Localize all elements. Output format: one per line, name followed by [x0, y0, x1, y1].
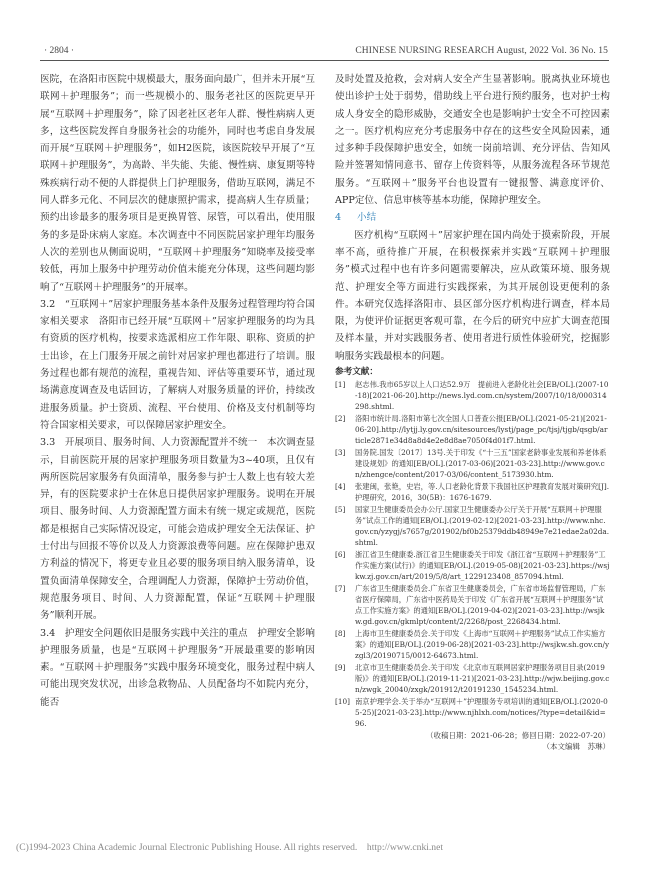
reference-text: 洛阳市统计局.洛阳市第七次全国人口普查公报[EB/OL].(2021-05-21… [355, 414, 607, 445]
reference-item: [8]上海市卫生健康委员会.关于印发《上海市“互联网＋护理服务”试点工作实施方案… [335, 628, 610, 661]
reference-number: [2] [335, 413, 345, 424]
right-column: 及时处置及抢救，会对病人安全产生显著影响。脱离执业环境也使出诊护士处于弱势，借助… [335, 71, 610, 752]
section-3-4: 3.4 护理安全问题依旧是服务实践中关注的重点 护理安全影响护理服务质量，也是“… [40, 625, 315, 711]
section-4-heading: 4小结 [335, 209, 610, 226]
reference-number: [6] [335, 549, 345, 560]
section-3-3: 3.3 开展项目、服务时间、人力资源配置并不统一 本次调查显示，目前医院开展的居… [40, 434, 315, 624]
section-4-body: 医疗机构“互联网＋”居家护理在国内尚处于摸索阶段，开展率不高，亟待推广开展，在积… [335, 227, 610, 365]
reference-number: [8] [335, 628, 345, 639]
reference-item: [6]浙江省卫生健康委.浙江省卫生健康委关于印发《浙江省“互联网＋护理服务”工作… [335, 549, 610, 582]
reference-item: [3]国务院.国发〔2017〕13号.关于印发《“十三五”国家老龄事业发展和养老… [335, 447, 610, 480]
section-3-4-title: 3.4 护理安全问题依旧是服务实践中关注的重点 [40, 628, 248, 639]
reference-text: 上海市卫生健康委员会.关于印发《上海市“互联网＋护理服务”试点工作实施方案》的通… [355, 629, 609, 660]
references-heading: 参考文献： [335, 365, 610, 379]
reference-list: [1]赵志伟.我市65岁以上人口达52.9万 提前进入老龄化社会[EB/OL].… [335, 379, 610, 729]
section-4-title: 小结 [357, 212, 376, 223]
reference-text: 广东省卫生健康委员会.广东省卫生健康委员会，广东省市场监督管理局，广东省医疗保障… [355, 584, 605, 626]
reference-number: [5] [335, 504, 345, 515]
reference-item: [9]北京市卫生健康委员会.关于印发《北京市互联网居家护理服务项目目录(2019… [335, 662, 610, 695]
reference-number: [9] [335, 662, 345, 673]
paragraph-continuation: 医院，在洛阳市医院中规模最大，服务面向最广，但并未开展“互联网＋护理服务”；而一… [40, 71, 315, 296]
reference-item: [4]张建闽，张艳，史岩，等.人口老龄化背景下我国社区护理教育发展对策研究[J]… [335, 481, 610, 503]
running-header: · 2804 · CHINESE NURSING RESEARCH August… [38, 40, 610, 60]
reference-text: 张建闽，张艳，史岩，等.人口老龄化背景下我国社区护理教育发展对策研究[J].护理… [355, 482, 609, 502]
reference-item: [2]洛阳市统计局.洛阳市第七次全国人口普查公报[EB/OL].(2021-05… [335, 413, 610, 446]
reference-text: 北京市卫生健康委员会.关于印发《北京市互联网居家护理服务项目目录(2019版)》… [355, 663, 609, 694]
received-dates: （收稿日期：2021-06-28；修回日期：2022-07-20） [335, 730, 610, 741]
reference-number: [10] [335, 696, 350, 707]
section-3-4-body: 护理安全影响护理服务质量，也是“互联网＋护理服务”开展最重要的影响因素。“互联网… [40, 628, 315, 708]
editor-credit: （本文编辑 苏琳） [335, 741, 610, 752]
reference-item: [5]国家卫生健康委员会办公厅.国家卫生健康委办公厅关于开展“互联网＋护理服务”… [335, 504, 610, 548]
journal-citation: CHINESE NURSING RESEARCH August, 2022 Vo… [355, 46, 608, 56]
reference-text: 南京护理学会.关于举办“互联网＋”护理服务专项培训的通知[EB/OL].(202… [355, 697, 608, 728]
paragraph-safety: 及时处置及抢救，会对病人安全产生显著影响。脱离执业环境也使出诊护士处于弱势，借助… [335, 71, 610, 209]
copyright-footer: (C)1994-2023 China Academic Journal Elec… [16, 842, 443, 853]
reference-item: [7]广东省卫生健康委员会.广东省卫生健康委员会，广东省市场监督管理局，广东省医… [335, 583, 610, 627]
section-3-2: 3.2 “互联网＋”居家护理服务基本条件及服务过程管理均符合国家相关要求 洛阳市… [40, 296, 315, 434]
left-column: 医院，在洛阳市医院中规模最大，服务面向最广，但并未开展“互联网＋护理服务”；而一… [40, 71, 315, 711]
reference-number: [1] [335, 379, 345, 390]
reference-item: [10]南京护理学会.关于举办“互联网＋”护理服务专项培训的通知[EB/OL].… [335, 696, 610, 729]
reference-number: [3] [335, 447, 345, 458]
section-4-number: 4 [335, 209, 357, 226]
reference-text: 浙江省卫生健康委.浙江省卫生健康委关于印发《浙江省“互联网＋护理服务”工作实施方… [355, 550, 609, 581]
reference-item: [1]赵志伟.我市65岁以上人口达52.9万 提前进入老龄化社会[EB/OL].… [335, 379, 610, 412]
reference-text: 赵志伟.我市65岁以上人口达52.9万 提前进入老龄化社会[EB/OL].(20… [355, 380, 609, 411]
section-3-3-title: 3.3 开展项目、服务时间、人力资源配置并不统一 [40, 437, 257, 448]
reference-number: [4] [335, 481, 345, 492]
reference-text: 国务院.国发〔2017〕13号.关于印发《“十三五”国家老龄事业发展和养老体系建… [355, 448, 607, 479]
section-3-2-body: 洛阳市已经开展“互联网＋”居家护理服务的均为具有资质的医疗机构，按要求选派相应工… [40, 316, 315, 431]
section-3-3-body: 本次调查显示，目前医院开展的居家护理服务项目数量为3~40项，且仅有两所医院居家… [40, 437, 315, 621]
page-number: · 2804 · [44, 46, 74, 56]
reference-number: [7] [335, 583, 345, 594]
reference-text: 国家卫生健康委员会办公厅.国家卫生健康委办公厅关于开展“互联网＋护理服务”试点工… [355, 505, 609, 547]
header-divider [40, 60, 609, 61]
